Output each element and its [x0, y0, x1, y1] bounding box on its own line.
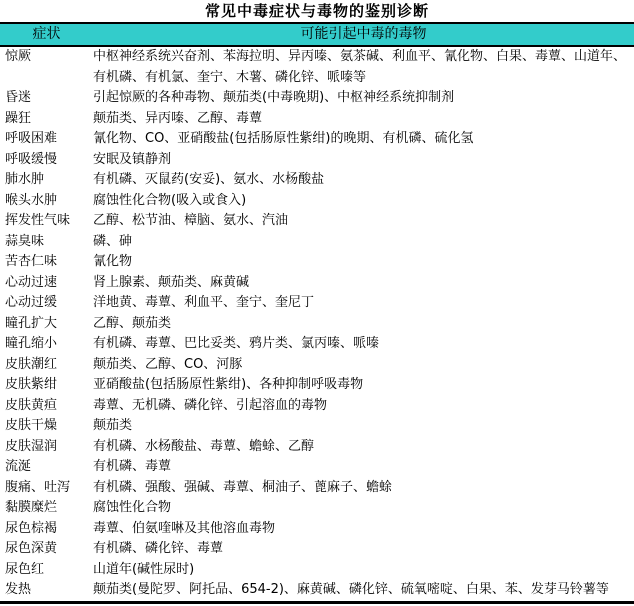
table-row: 尿色棕褐毒蕈、伯氨喹啉及其他溶血毒物 — [0, 519, 634, 540]
poisons-cell: 有机磷、灭鼠药(安妥)、氨水、水杨酸盐 — [93, 170, 634, 191]
table-row: 挥发性气味乙醇、松节油、樟脑、氨水、汽油 — [0, 211, 634, 232]
table-header-row: 症状 可能引起中毒的毒物 — [0, 23, 634, 46]
table-row: 黏膜糜烂腐蚀性化合物 — [0, 498, 634, 519]
page-title: 常见中毒症状与毒物的鉴别诊断 — [0, 0, 634, 22]
poisons-cell: 毒蕈、伯氨喹啉及其他溶血毒物 — [93, 519, 634, 540]
symptom-cell: 瞳孔扩大 — [0, 314, 93, 335]
table-row: 瞳孔缩小有机磷、毒蕈、巴比妥类、鸦片类、氯丙嗪、哌嗪 — [0, 334, 634, 355]
poisons-cell: 颠茄类、异丙嗪、乙醇、毒蕈 — [93, 109, 634, 130]
table-row: 尿色红山道年(碱性尿时) — [0, 560, 634, 581]
symptom-cell: 皮肤黄疸 — [0, 396, 93, 417]
symptom-cell: 尿色红 — [0, 560, 93, 581]
table-row: 躁狂颠茄类、异丙嗪、乙醇、毒蕈 — [0, 109, 634, 130]
symptom-cell: 流涎 — [0, 457, 93, 478]
poisons-cell: 乙醇、松节油、樟脑、氨水、汽油 — [93, 211, 634, 232]
table-row: 心动过缓洋地黄、毒蕈、利血平、奎宁、奎尼丁 — [0, 293, 634, 314]
poisons-cell: 氰化物 — [93, 252, 634, 273]
table-row: 蒜臭味磷、砷 — [0, 232, 634, 253]
header-cell-poison: 可能引起中毒的毒物 — [93, 23, 634, 46]
poisons-cell: 洋地黄、毒蕈、利血平、奎宁、奎尼丁 — [93, 293, 634, 314]
poisons-cell: 颠茄类、乙醇、CO、河豚 — [93, 355, 634, 376]
poisons-cell: 亚硝酸盐(包括肠原性紫绀)、各种抑制呼吸毒物 — [93, 375, 634, 396]
symptom-cell: 皮肤干燥 — [0, 416, 93, 437]
table-body: 惊厥中枢神经系统兴奋剂、苯海拉明、异丙嗪、氨茶碱、利血平、氰化物、白果、毒蕈、山… — [0, 46, 634, 602]
table-row: 皮肤黄疸毒蕈、无机磷、磷化锌、引起溶血的毒物 — [0, 396, 634, 417]
poisons-cell: 乙醇、颠茄类 — [93, 314, 634, 335]
symptom-cell: 蒜臭味 — [0, 232, 93, 253]
table-row: 流涎有机磷、毒蕈 — [0, 457, 634, 478]
table-row: 喉头水肿腐蚀性化合物(吸入或食入) — [0, 191, 634, 212]
poisons-cell: 中枢神经系统兴奋剂、苯海拉明、异丙嗪、氨茶碱、利血平、氰化物、白果、毒蕈、山道年… — [93, 46, 634, 88]
poisons-cell: 安眠及镇静剂 — [93, 150, 634, 171]
symptom-cell: 腹痛、吐泻 — [0, 478, 93, 499]
symptom-cell: 惊厥 — [0, 46, 93, 88]
symptom-cell: 心动过缓 — [0, 293, 93, 314]
poisons-cell: 腐蚀性化合物 — [93, 498, 634, 519]
symptom-cell: 肺水肿 — [0, 170, 93, 191]
table-row: 皮肤湿润有机磷、水杨酸盐、毒蕈、蟾蜍、乙醇 — [0, 437, 634, 458]
poisons-cell: 有机磷、磷化锌、毒蕈 — [93, 539, 634, 560]
table-row: 皮肤干燥颠茄类 — [0, 416, 634, 437]
symptom-cell: 皮肤紫绀 — [0, 375, 93, 396]
symptom-cell: 瞳孔缩小 — [0, 334, 93, 355]
symptom-cell: 皮肤湿润 — [0, 437, 93, 458]
symptom-cell: 躁狂 — [0, 109, 93, 130]
table-row: 腹痛、吐泻有机磷、强酸、强碱、毒蕈、桐油子、蓖麻子、蟾蜍 — [0, 478, 634, 499]
symptom-cell: 发热 — [0, 580, 93, 602]
table-row: 尿色深黄有机磷、磷化锌、毒蕈 — [0, 539, 634, 560]
poison-symptom-table: 症状 可能引起中毒的毒物 惊厥中枢神经系统兴奋剂、苯海拉明、异丙嗪、氨茶碱、利血… — [0, 22, 634, 604]
symptom-cell: 苦杏仁味 — [0, 252, 93, 273]
symptom-cell: 挥发性气味 — [0, 211, 93, 232]
poisons-cell: 山道年(碱性尿时) — [93, 560, 634, 581]
symptom-cell: 喉头水肿 — [0, 191, 93, 212]
table-row: 心动过速肾上腺素、颠茄类、麻黄碱 — [0, 273, 634, 294]
poisons-cell: 颠茄类(曼陀罗、阿托品、654-2)、麻黄碱、磷化锌、硫氧嘧啶、白果、苯、发芽马… — [93, 580, 634, 602]
poisons-cell: 腐蚀性化合物(吸入或食入) — [93, 191, 634, 212]
symptom-cell: 昏迷 — [0, 88, 93, 109]
poisons-cell: 有机磷、水杨酸盐、毒蕈、蟾蜍、乙醇 — [93, 437, 634, 458]
table-row: 肺水肿有机磷、灭鼠药(安妥)、氨水、水杨酸盐 — [0, 170, 634, 191]
symptom-cell: 呼吸缓慢 — [0, 150, 93, 171]
table-row: 皮肤潮红颠茄类、乙醇、CO、河豚 — [0, 355, 634, 376]
poisons-cell: 颠茄类 — [93, 416, 634, 437]
symptom-cell: 黏膜糜烂 — [0, 498, 93, 519]
table-row: 呼吸缓慢安眠及镇静剂 — [0, 150, 634, 171]
symptom-cell: 尿色深黄 — [0, 539, 93, 560]
poisons-cell: 毒蕈、无机磷、磷化锌、引起溶血的毒物 — [93, 396, 634, 417]
symptom-cell: 呼吸困难 — [0, 129, 93, 150]
poisons-cell: 引起惊厥的各种毒物、颠茄类(中毒晚期)、中枢神经系统抑制剂 — [93, 88, 634, 109]
symptom-cell: 心动过速 — [0, 273, 93, 294]
symptom-cell: 皮肤潮红 — [0, 355, 93, 376]
header-cell-symptom: 症状 — [0, 23, 93, 46]
table-row: 惊厥中枢神经系统兴奋剂、苯海拉明、异丙嗪、氨茶碱、利血平、氰化物、白果、毒蕈、山… — [0, 46, 634, 88]
page: 常见中毒症状与毒物的鉴别诊断 症状 可能引起中毒的毒物 惊厥中枢神经系统兴奋剂、… — [0, 0, 634, 606]
table-row: 昏迷引起惊厥的各种毒物、颠茄类(中毒晚期)、中枢神经系统抑制剂 — [0, 88, 634, 109]
table-row: 发热颠茄类(曼陀罗、阿托品、654-2)、麻黄碱、磷化锌、硫氧嘧啶、白果、苯、发… — [0, 580, 634, 602]
symptom-cell: 尿色棕褐 — [0, 519, 93, 540]
poisons-cell: 氰化物、CO、亚硝酸盐(包括肠原性紫绀)的晚期、有机磷、硫化氢 — [93, 129, 634, 150]
table-row: 呼吸困难氰化物、CO、亚硝酸盐(包括肠原性紫绀)的晚期、有机磷、硫化氢 — [0, 129, 634, 150]
poisons-cell: 肾上腺素、颠茄类、麻黄碱 — [93, 273, 634, 294]
poisons-cell: 有机磷、强酸、强碱、毒蕈、桐油子、蓖麻子、蟾蜍 — [93, 478, 634, 499]
poisons-cell: 有机磷、毒蕈、巴比妥类、鸦片类、氯丙嗪、哌嗪 — [93, 334, 634, 355]
table-row: 苦杏仁味氰化物 — [0, 252, 634, 273]
table-row: 瞳孔扩大乙醇、颠茄类 — [0, 314, 634, 335]
poisons-cell: 有机磷、毒蕈 — [93, 457, 634, 478]
table-row: 皮肤紫绀亚硝酸盐(包括肠原性紫绀)、各种抑制呼吸毒物 — [0, 375, 634, 396]
poisons-cell: 磷、砷 — [93, 232, 634, 253]
